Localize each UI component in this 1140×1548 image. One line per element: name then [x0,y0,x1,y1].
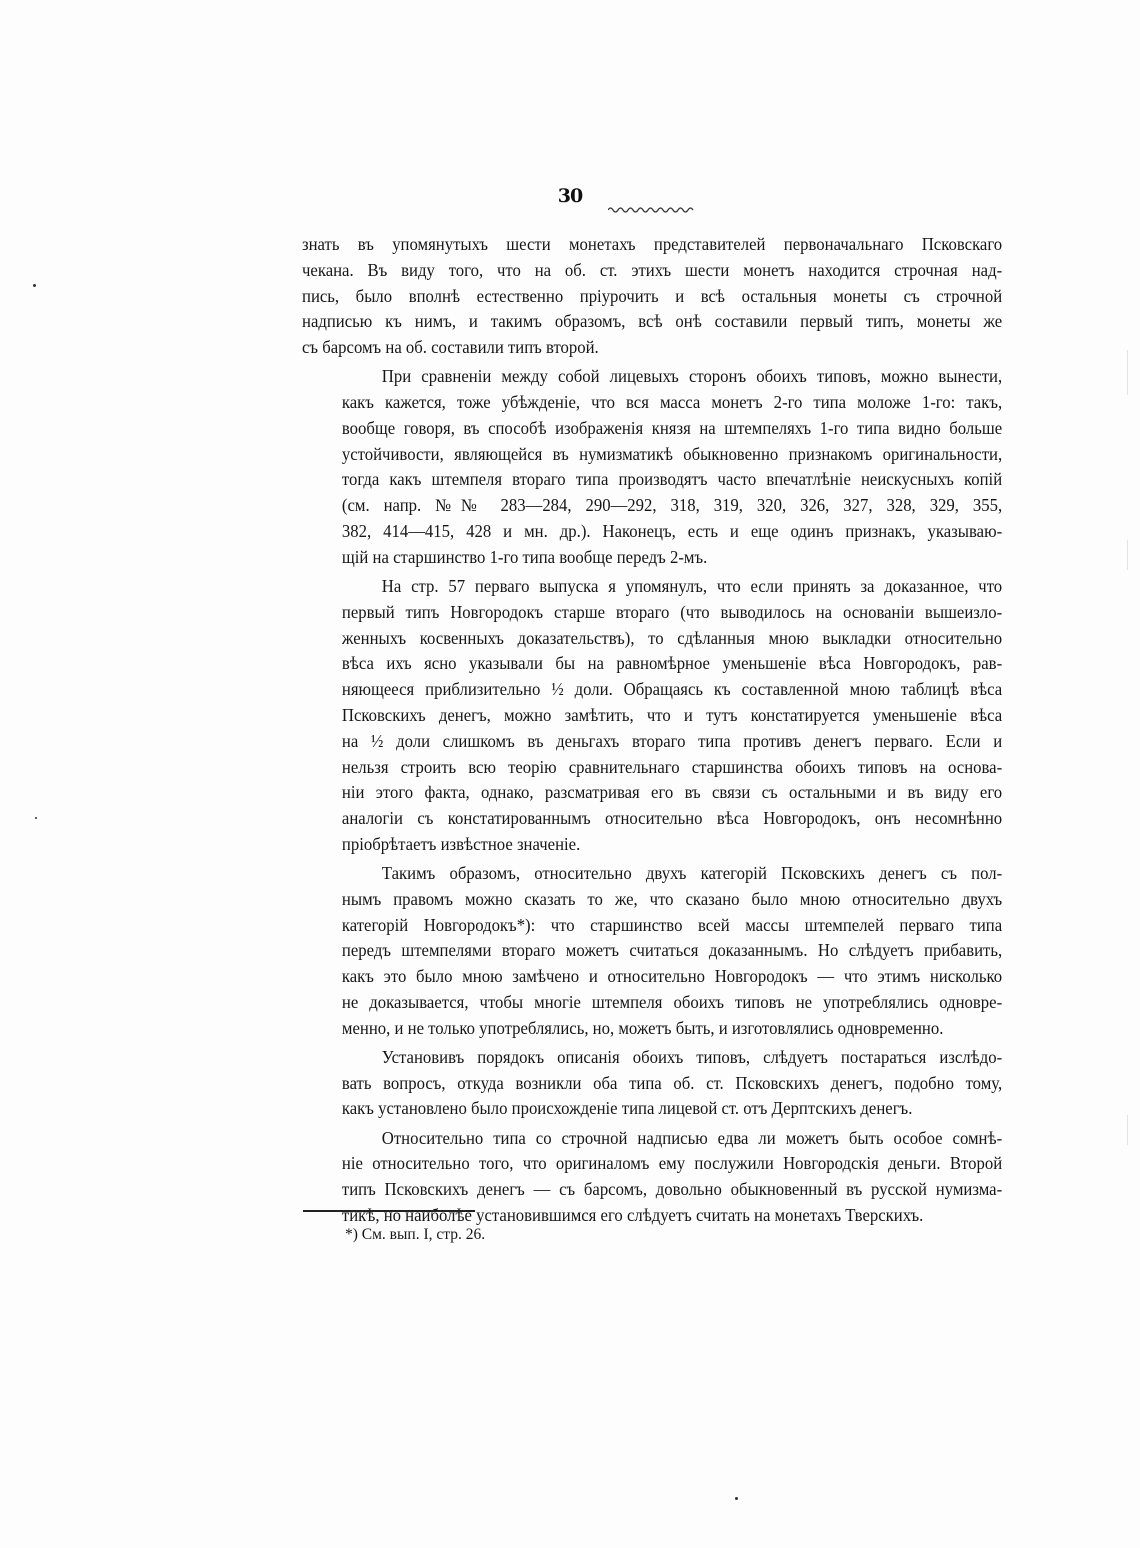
text-line: Такимъ образомъ, относительно двухъ кате… [302,861,1002,887]
text-line: не доказывается, чтобы многіе штемпеля о… [302,990,1002,1016]
text-line: ніе относительно того, что оригиналомъ е… [302,1151,1002,1177]
text-line: ніи этого факта, однако, разсматривая ег… [302,780,1002,806]
text-line: на ½ доли слишкомъ въ деньгахъ втораго т… [302,729,1002,755]
text-line: (см. напр. №№ 283—284, 290—292, 318, 319… [302,493,1002,519]
text-line: Псковскихъ денегъ, можно замѣтить, что и… [302,703,1002,729]
margin-speck [735,1497,738,1500]
page-number-ornament [608,206,694,214]
page-edge-mark [1127,350,1128,395]
text-line: надписью къ нимъ, и такимъ образомъ, всѣ… [302,309,1002,335]
paragraph: На стр. 57 перваго выпуска я упомянулъ, … [302,574,1002,858]
paragraph: Установивъ порядокъ описанія обоихъ типо… [302,1045,1002,1122]
text-line: съ барсомъ на об. составили типъ второй. [302,335,1002,361]
text-line: тогда какъ штемпеля втораго типа произво… [302,467,1002,493]
text-line: пріобрѣтаетъ извѣстное значеніе. [302,832,1002,858]
footnote: *) См. вып. I, стр. 26. [345,1226,485,1244]
text-line: щій на старшинство 1-го типа вообще пере… [302,545,1002,571]
text-line: категорій Новгородокъ*): что старшинство… [302,913,1002,939]
page-number: 30 [0,185,1140,207]
page-edge-mark [1127,540,1128,570]
text-line: чекана. Въ виду того, что на об. ст. эти… [302,258,1002,284]
text-line: На стр. 57 перваго выпуска я упомянулъ, … [302,574,1002,600]
text-line: пись, было вполнѣ естественно пріурочить… [302,284,1002,310]
margin-speck [33,284,36,287]
text-line: нымъ правомъ можно сказать то же, что ск… [302,887,1002,913]
text-line: тикѣ, но наиболѣе установившимся его слѣ… [302,1203,1002,1229]
paragraph: знать въ упомянутыхъ шести монетахъ пред… [302,232,1002,361]
text-line: Относительно типа со строчной надписью е… [302,1126,1002,1152]
text-line: знать въ упомянутыхъ шести монетахъ пред… [302,232,1002,258]
margin-speck [35,817,37,819]
footnote-divider [303,1210,475,1212]
text-line: няющееся приблизительно ½ доли. Обращаяс… [302,677,1002,703]
text-line: вообще говоря, въ способѣ изображенія кн… [302,416,1002,442]
text-line: вѣса ихъ ясно указывали бы на равномѣрно… [302,651,1002,677]
text-line: Установивъ порядокъ описанія обоихъ типо… [302,1045,1002,1071]
body-text: знать въ упомянутыхъ шести монетахъ пред… [302,232,1002,1232]
text-line: аналогіи съ констатированнымъ относитель… [302,806,1002,832]
text-line: При сравненіи между собой лицевыхъ сторо… [302,364,1002,390]
text-line: женныхъ косвенныхъ доказательствъ), то с… [302,626,1002,652]
text-line: какъ установлено было происхожденіе типа… [302,1096,1002,1122]
text-line: какъ это было мною замѣчено и относитель… [302,964,1002,990]
text-line: менно, и не только употреблялись, но, мо… [302,1016,1002,1042]
page-edge-mark [1127,1115,1128,1145]
text-line: передъ штемпелями втораго можетъ считать… [302,938,1002,964]
text-line: типъ Псковскихъ денегъ — съ барсомъ, дов… [302,1177,1002,1203]
text-line: вать вопросъ, откуда возникли оба типа о… [302,1071,1002,1097]
book-page: 30 знать въ упомянутыхъ шести монетахъ п… [0,0,1140,1548]
text-line: какъ кажется, тоже убѣжденіе, что вся ма… [302,390,1002,416]
paragraph: При сравненіи между собой лицевыхъ сторо… [302,364,1002,570]
text-line: первый типъ Новгородокъ старше втораго (… [302,600,1002,626]
text-line: 382, 414—415, 428 и мн. др.). Наконецъ, … [302,519,1002,545]
paragraph: Такимъ образомъ, относительно двухъ кате… [302,861,1002,1042]
paragraph: Относительно типа со строчной надписью е… [302,1126,1002,1229]
text-line: устойчивости, являющейся въ нумизматикѣ … [302,442,1002,468]
text-line: нельзя строить всю теорію сравнительнаго… [302,755,1002,781]
